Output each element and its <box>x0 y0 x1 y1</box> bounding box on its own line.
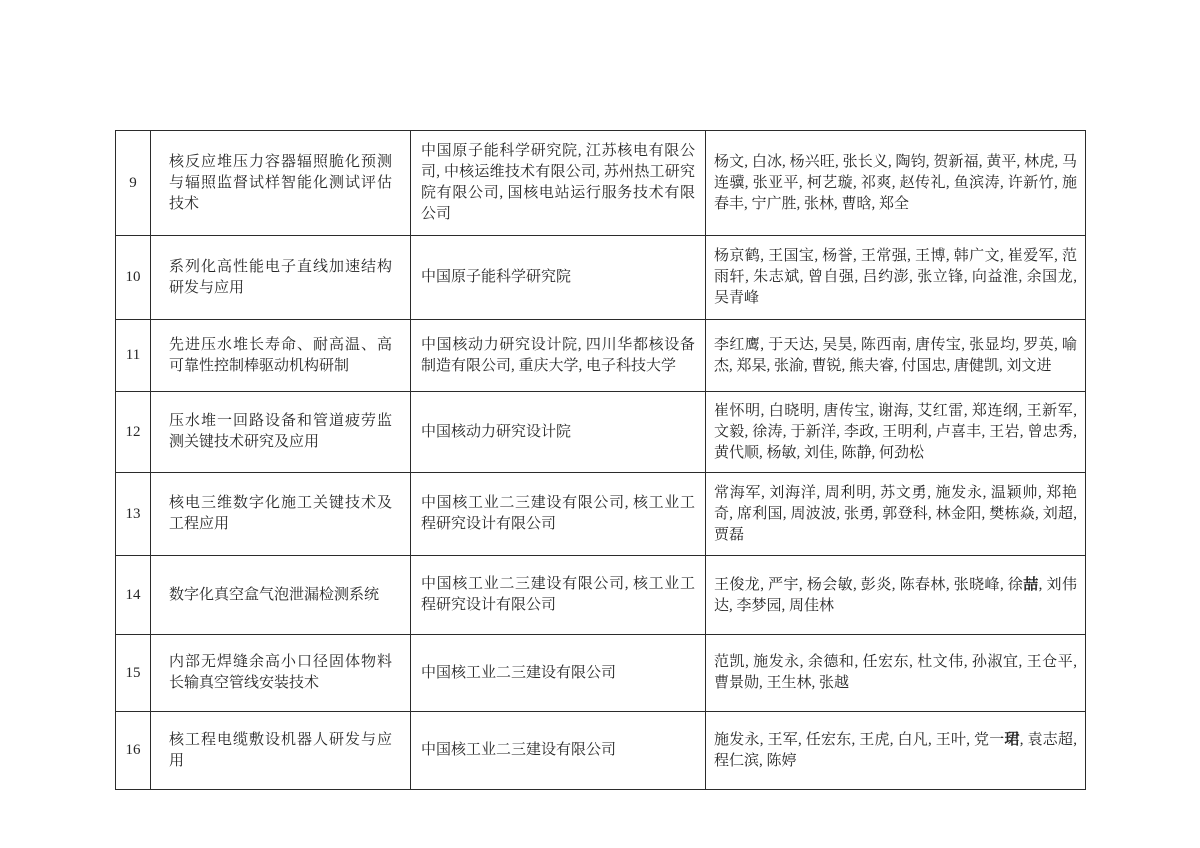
row-number-cell: 15 <box>116 635 151 712</box>
row-number-cell: 11 <box>116 320 151 392</box>
team-members-cell: 范凯, 施发永, 余德和, 任宏东, 杜文伟, 孙淑宜, 王仓平, 曹景勋, 王… <box>706 635 1086 712</box>
row-number-cell: 12 <box>116 392 151 473</box>
row-number-cell: 16 <box>116 712 151 790</box>
row-number-cell: 14 <box>116 556 151 635</box>
project-title-cell: 核工程电缆敷设机器人研发与应用 <box>151 712 411 790</box>
document-page: 9 核反应堆压力容器辐照脆化预测与辐照监督试样智能化测试评估技术 中国原子能科学… <box>0 0 1200 848</box>
table-row: 10 系列化高性能电子直线加速结构研发与应用 中国原子能科学研究院 杨京鹤, 王… <box>116 236 1086 320</box>
organizations-cell: 中国核动力研究设计院 <box>411 392 706 473</box>
project-title-cell: 先进压水堆长寿命、耐高温、高可靠性控制棒驱动机构研制 <box>151 320 411 392</box>
project-title-cell: 数字化真空盒气泡泄漏检测系统 <box>151 556 411 635</box>
table-row: 14 数字化真空盒气泡泄漏检测系统 中国核工业二三建设有限公司, 核工业工程研究… <box>116 556 1086 635</box>
table-row: 15 内部无焊缝余高小口径固体物料长输真空管线安装技术 中国核工业二三建设有限公… <box>116 635 1086 712</box>
team-members-cell: 杨京鹤, 王国宝, 杨誉, 王常强, 王博, 韩广文, 崔爱军, 范雨轩, 朱志… <box>706 236 1086 320</box>
team-members-cell: 杨文, 白冰, 杨兴旺, 张长义, 陶钧, 贺新福, 黄平, 林虎, 马连骥, … <box>706 131 1086 236</box>
project-title-cell: 内部无焊缝余高小口径固体物料长输真空管线安装技术 <box>151 635 411 712</box>
organizations-cell: 中国核工业二三建设有限公司, 核工业工程研究设计有限公司 <box>411 556 706 635</box>
team-members-cell: 常海军, 刘海洋, 周利明, 苏文勇, 施发永, 温颖帅, 郑艳奇, 席利国, … <box>706 473 1086 556</box>
team-member-bold-character: 喆 <box>1023 575 1038 593</box>
row-number-cell: 9 <box>116 131 151 236</box>
team-members-cell: 崔怀明, 白晓明, 唐传宝, 谢海, 艾红雷, 郑连纲, 王新军, 文毅, 徐涛… <box>706 392 1086 473</box>
team-members-cell: 李红鹰, 于天达, 吴昊, 陈西南, 唐传宝, 张显均, 罗英, 喻杰, 郑杲,… <box>706 320 1086 392</box>
team-members-cell: 王俊龙, 严宇, 杨会敏, 彭炎, 陈春林, 张晓峰, 徐喆, 刘伟达, 李梦园… <box>706 556 1086 635</box>
project-title-cell: 压水堆一回路设备和管道疲劳监测关键技术研究及应用 <box>151 392 411 473</box>
organizations-cell: 中国核工业二三建设有限公司 <box>411 635 706 712</box>
team-member-bold-character: 珺 <box>1004 730 1019 748</box>
organizations-cell: 中国原子能科学研究院, 江苏核电有限公司, 中核运维技术有限公司, 苏州热工研究… <box>411 131 706 236</box>
organizations-cell: 中国核动力研究设计院, 四川华都核设备制造有限公司, 重庆大学, 电子科技大学 <box>411 320 706 392</box>
organizations-cell: 中国核工业二三建设有限公司, 核工业工程研究设计有限公司 <box>411 473 706 556</box>
project-title-cell: 核反应堆压力容器辐照脆化预测与辐照监督试样智能化测试评估技术 <box>151 131 411 236</box>
team-members-cell: 施发永, 王军, 任宏东, 王虎, 白凡, 王叶, 党一珺, 袁志超, 程仁滨,… <box>706 712 1086 790</box>
awards-table: 9 核反应堆压力容器辐照脆化预测与辐照监督试样智能化测试评估技术 中国原子能科学… <box>115 130 1086 790</box>
project-title-cell: 核电三维数字化施工关键技术及工程应用 <box>151 473 411 556</box>
organizations-cell: 中国原子能科学研究院 <box>411 236 706 320</box>
table-row: 16 核工程电缆敷设机器人研发与应用 中国核工业二三建设有限公司 施发永, 王军… <box>116 712 1086 790</box>
row-number-cell: 13 <box>116 473 151 556</box>
team-members-text: 施发永, 王军, 任宏东, 王虎, 白凡, 王叶, 党一 <box>714 732 1004 748</box>
table-row: 13 核电三维数字化施工关键技术及工程应用 中国核工业二三建设有限公司, 核工业… <box>116 473 1086 556</box>
table-row: 9 核反应堆压力容器辐照脆化预测与辐照监督试样智能化测试评估技术 中国原子能科学… <box>116 131 1086 236</box>
table-row: 12 压水堆一回路设备和管道疲劳监测关键技术研究及应用 中国核动力研究设计院 崔… <box>116 392 1086 473</box>
project-title-cell: 系列化高性能电子直线加速结构研发与应用 <box>151 236 411 320</box>
organizations-cell: 中国核工业二三建设有限公司 <box>411 712 706 790</box>
table-row: 11 先进压水堆长寿命、耐高温、高可靠性控制棒驱动机构研制 中国核动力研究设计院… <box>116 320 1086 392</box>
team-members-text: 王俊龙, 严宇, 杨会敏, 彭炎, 陈春林, 张晓峰, 徐 <box>714 577 1023 593</box>
row-number-cell: 10 <box>116 236 151 320</box>
